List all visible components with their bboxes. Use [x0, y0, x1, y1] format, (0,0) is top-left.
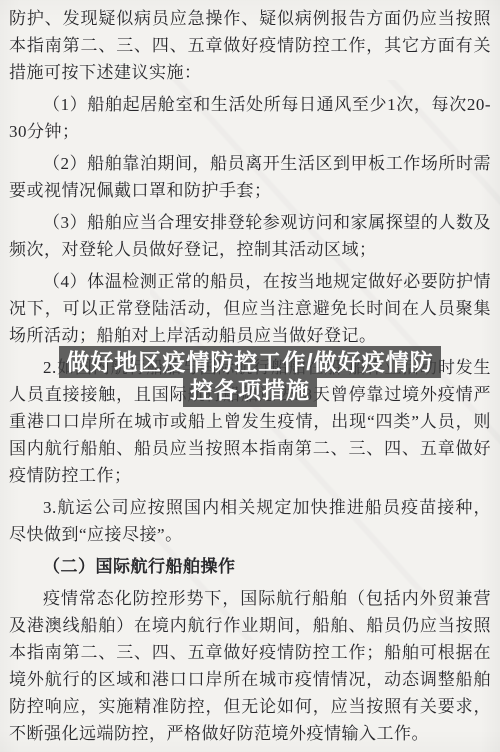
overlay-banner-line1: 做好地区疫情防控工作/做好疫情防 [59, 346, 440, 378]
document-paragraph: （4）体温检测正常的船员，在按当地规定做好必要防护情况下，可以正常登陆活动，但应… [9, 268, 491, 349]
overlay-banner-line2: 控各项措施 [183, 378, 317, 407]
document-paragraph: （2）船舶靠泊期间，船员离开生活区到甲板工作场所时需要或视情况佩戴口罩和防护手套… [9, 150, 491, 204]
document-paragraph: （3）船舶应当合理安排登轮参观访问和家属探望的人数及频次，对登轮人员做好登记，控… [9, 209, 491, 263]
document-paragraph: （1）船舶起居舱室和生活处所每日通风至少1次，每次20-30分钟； [9, 91, 491, 145]
overlay-banner-line2-wrap: 控各项措施 [0, 378, 500, 407]
overlay-banner-line1-wrap: 做好地区疫情防控工作/做好疫情防 [0, 346, 500, 378]
document-paragraph: 3.航运公司应按照国内相关规定加快推进船员疫苗接种，尽快做到“应接尽接”。 [9, 494, 491, 548]
document-paragraph: 防护、发现疑似病员应急操作、疑似病例报告方面仍应当按照本指南第二、三、四、五章做… [9, 5, 491, 86]
overlay-banner: 做好地区疫情防控工作/做好疫情防 控各项措施 [0, 346, 500, 407]
document-paragraph: 疫情常态化防控形势下，国际航行船舶（包括内外贸兼营及港澳线船舶）在境内航行作业期… [9, 585, 491, 747]
document-page: 防护、发现疑似病员应急操作、疑似病例报告方面仍应当按照本指南第二、三、四、五章做… [0, 0, 500, 752]
document-paragraph: （二）国际航行船舶操作 [9, 553, 491, 580]
